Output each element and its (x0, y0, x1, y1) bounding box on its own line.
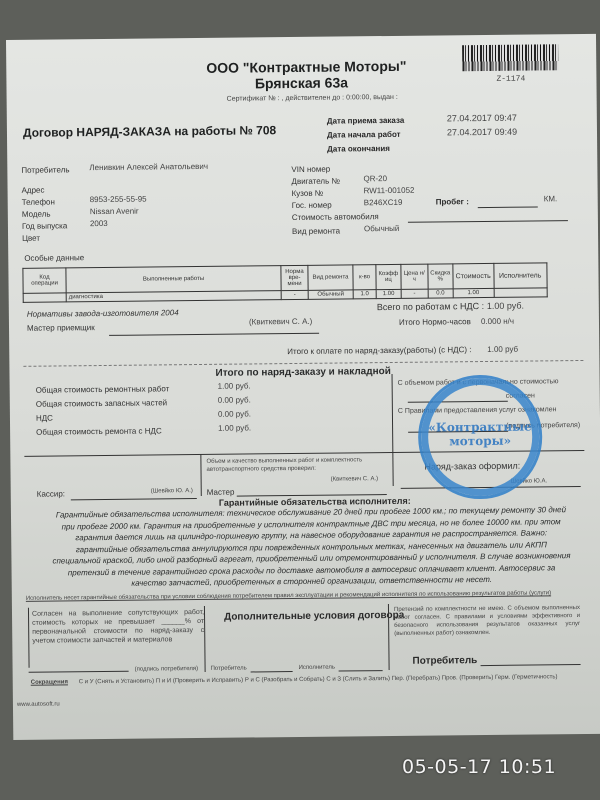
col-coef: Коэфф иц (376, 264, 401, 289)
consumer-final-sign-line (481, 664, 581, 666)
summary-row-value: 0.00 руб. (218, 409, 251, 418)
divider (28, 608, 30, 668)
abbreviations-text: С и У (Снять и Установить) П и И (Провер… (79, 674, 558, 685)
master-receiver-sign-line (109, 323, 319, 336)
col-norm-time: Норма вре-мени (281, 265, 308, 290)
barcode-number: Z-1174 (496, 75, 525, 84)
work-order-document: ООО "Контрактные Моторы" Брянская 63а Се… (6, 34, 600, 740)
cashier-label: Кассир: (37, 489, 65, 498)
abbreviations-label: Сокращения (31, 679, 68, 685)
claims-text: Претензий по комплектности не имею. С об… (394, 604, 580, 638)
col-discount: Скидка % (428, 264, 453, 289)
col-repair-type: Вид ремонта (308, 265, 353, 290)
summary-row-label: НДС (36, 414, 53, 423)
plate-value: B246XC19 (364, 198, 403, 207)
phone-value: 8953-255-55-95 (90, 195, 147, 205)
footer-site: www.autosoft.ru (17, 701, 60, 707)
consumer-big-label: Потребитель (412, 655, 477, 667)
divider (392, 374, 394, 486)
car-cost-field (408, 210, 568, 223)
stamp-text: «Контрактные моторы» (421, 419, 539, 448)
norm-hours-label: Итого Нормо-часов (399, 317, 471, 327)
divider (200, 454, 201, 496)
summary-row-label: Общая стоимость ремонтных работ (36, 384, 170, 394)
date-received-value: 27.04.2017 09:47 (447, 113, 517, 124)
cell-work: диагностика (66, 291, 281, 302)
color-label: Цвет (22, 234, 40, 243)
summary-row-value: 1.00 руб. (218, 381, 251, 390)
plate-label: Гос. номер (292, 201, 332, 210)
summary-row-label: Общая стоимость ремонта с НДС (36, 426, 162, 436)
body-value: RW11-001052 (364, 186, 415, 196)
special-data-label: Особые данные (24, 253, 84, 263)
barcode (462, 44, 558, 71)
organization-address: Брянская 63а (206, 74, 396, 92)
body-label: Кузов № (292, 189, 324, 198)
col-price: Цена н/ч (401, 264, 428, 289)
master-label: Мастер (207, 488, 235, 497)
company-stamp: «Контрактные моторы» (418, 374, 543, 499)
executor-label: Исполнитель (299, 665, 335, 671)
car-cost-label: Стоимость автомобиля (292, 212, 379, 222)
divider (204, 606, 206, 672)
customer-label: Потребитель (21, 165, 69, 175)
col-qty: к-во (353, 265, 376, 290)
summary-heading: Итого по наряд-заказу и накладной (215, 366, 390, 379)
warranty-text: Гарантийные обязательства исполнителя: т… (51, 504, 572, 590)
phone-label: Телефон (22, 197, 55, 206)
organization-header: ООО "Контрактные Моторы" Брянская 63а (206, 58, 396, 92)
cell-coef: 1.00 (376, 289, 401, 298)
engine-label: Двигатель № (291, 177, 340, 187)
consumer-sign-line (251, 671, 293, 672)
mileage-field (478, 196, 538, 208)
col-works: Выполненные работы (66, 266, 281, 293)
repair-type-value: Обычный (364, 224, 399, 233)
cell-qty: 1.0 (353, 290, 376, 299)
col-op-code: Код операции (23, 268, 66, 293)
customer-value: Ленивкин Алексей Анатольевич (89, 162, 208, 172)
certificate-line: Сертификат № : , действителен до : 0:00:… (227, 94, 398, 103)
cashier-name: (Шевйко Ю. А.) (151, 488, 193, 494)
engine-value: QR-20 (363, 174, 387, 183)
works-total-label: Всего по работам с НДС : (377, 301, 484, 312)
checked-note: Объем и качество выполненных работ и ком… (206, 456, 386, 474)
vin-label: VIN номер (291, 165, 330, 174)
cell-cost: 1.00 (453, 288, 494, 297)
to-pay-label: Итого к оплате по наряд-заказу(работы) (… (287, 345, 471, 356)
executor-sign-line (339, 670, 383, 671)
to-pay-value: 1.00 руб (487, 345, 518, 354)
norms-note: Нормативы завода-изготовителя 2004 (27, 308, 179, 319)
norm-hours-value: 0.000 н/ч (481, 317, 514, 326)
date-start-value: 27.04.2017 09:49 (447, 127, 517, 138)
col-executor: Исполнитель (494, 263, 547, 289)
summary-row-label: Общая стоимость запасных частей (36, 398, 167, 408)
works-total-value: 1.00 руб. (487, 301, 524, 311)
col-cost: Стоимость (453, 263, 494, 288)
cell-op-code (23, 293, 66, 302)
consent-sign-line (29, 671, 129, 673)
address-label: Адрес (22, 186, 45, 195)
summary-row-value: 0.00 руб. (218, 395, 251, 404)
cashier-sign-line (71, 498, 197, 500)
repair-type-label: Вид ремонта (292, 227, 340, 237)
works-table: Код операции Выполненные работы Норма вр… (22, 262, 547, 302)
cell-repair-type: Обычный (308, 290, 353, 299)
cell-discount: 0.0 (428, 289, 453, 298)
date-received-label: Дата приема заказа (327, 116, 404, 126)
date-start-label: Дата начала работ (327, 130, 401, 140)
organization-name: ООО "Контрактные Моторы" (206, 58, 396, 76)
additional-conditions-heading: Дополнительные условия договора (224, 610, 404, 623)
year-value: 2003 (90, 219, 108, 228)
date-end-label: Дата окончания (327, 144, 390, 154)
camera-timestamp: 05-05-17 10:51 (402, 756, 556, 778)
model-value: Nissan Avenir (90, 207, 139, 217)
summary-row-value: 1.00 руб. (218, 423, 251, 432)
warranty-condition: Исполнитель несет гарантийные обязательс… (26, 590, 551, 601)
master-receiver-label: Мастер приемщик (27, 323, 95, 333)
cell-price: - (401, 289, 428, 298)
model-label: Модель (22, 210, 51, 219)
mileage-label: Пробег : (436, 197, 469, 206)
consumer-label: Потребитель (211, 666, 247, 672)
mileage-unit: КМ. (544, 194, 558, 203)
consent-extra-works: Согласен на выполнение сопутствующих раб… (32, 608, 204, 646)
master-name: (Квиткевич С. А.) (331, 476, 379, 482)
year-label: Год выпуска (22, 221, 67, 230)
cell-norm-time: - (281, 290, 308, 299)
consent-sign-caption: (подпись потребителя) (135, 666, 199, 673)
divider (23, 360, 583, 367)
cell-executor (494, 288, 547, 298)
order-title: Договор НАРЯД-ЗАКАЗА на работы № 708 (23, 123, 276, 140)
